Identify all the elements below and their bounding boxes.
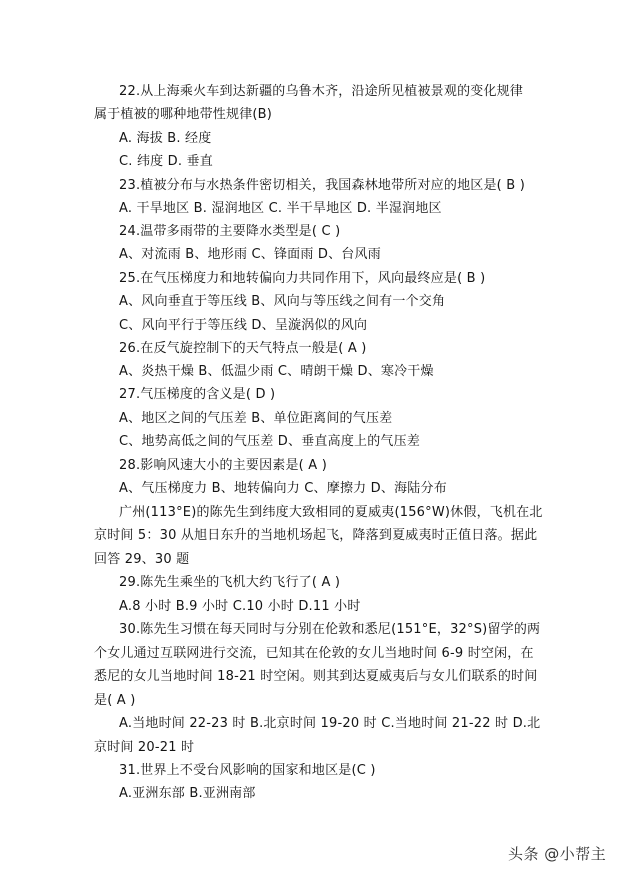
text-line: 22.从上海乘火车到达新疆的乌鲁木齐，沿途所见植被景观的变化规律 (119, 84, 523, 100)
text-line: C. 纬度 D. 垂直 (119, 154, 213, 170)
text-line: 28.影响风速大小的主要因素是( A ) (119, 458, 327, 474)
text-line: A. 海拔 B. 经度 (119, 131, 211, 147)
text-line: A.当地时间 22-23 时 B.北京时间 19-20 时 C.当地时间 21-… (119, 716, 540, 732)
text-line: A、地区之间的气压差 B、单位距离间的气压差 (119, 411, 392, 427)
text-line: 26.在反气旋控制下的天气特点一般是( A ) (119, 341, 367, 357)
text-line: 27.气压梯度的含义是( D ) (119, 387, 275, 403)
text-line: 是( A ) (94, 693, 136, 709)
text-line: A.8 小时 B.9 小时 C.10 小时 D.11 小时 (119, 599, 361, 615)
text-line: A、风向垂直于等压线 B、风向与等压线之间有一个交角 (119, 294, 445, 310)
text-line: 京时间 5：30 从旭日东升的当地机场起飞，降落到夏威夷时正值日落。据此 (94, 528, 537, 544)
text-line: 25.在气压梯度力和地转偏向力共同作用下，风向最终应是( B ) (119, 271, 485, 287)
text-line: 29.陈先生乘坐的飞机大约飞行了( A ) (119, 575, 340, 591)
text-line: 悉尼的女儿当地时间 18-21 时空闲。则其到达夏威夷后与女儿们联系的时间 (94, 669, 537, 685)
text-line: A.亚洲东部 B.亚洲南部 (119, 786, 256, 802)
watermark: 头条 @小帮主 (508, 843, 606, 864)
text-line: 30.陈先生习惯在每天同时与分别在伦敦和悉尼(151°E，32°S)留学的两 (119, 622, 540, 638)
text-line: A、对流雨 B、地形雨 C、锋面雨 D、台风雨 (119, 247, 381, 263)
text-line: 31.世界上不受台风影响的国家和地区是(C ) (119, 763, 376, 779)
text-line: A、炎热干燥 B、低温少雨 C、晴朗干燥 D、寒冷干燥 (119, 364, 434, 380)
text-line: A. 干旱地区 B. 湿润地区 C. 半干旱地区 D. 半湿润地区 (119, 201, 442, 217)
text-line: C、地势高低之间的气压差 D、垂直高度上的气压差 (119, 434, 420, 450)
text-line: C、风向平行于等压线 D、呈漩涡似的风向 (119, 318, 367, 334)
text-line: 属于植被的哪种地带性规律(B) (94, 107, 272, 123)
text-line: 23.植被分布与水热条件密切相关，我国森林地带所对应的地区是( B ) (119, 178, 525, 194)
text-line: 广州(113°E)的陈先生到纬度大致相同的夏威夷(156°W)休假，飞机在北 (119, 505, 543, 521)
text-line: 24.温带多雨带的主要降水类型是( C ) (119, 224, 340, 240)
text-line: 回答 29、30 题 (94, 552, 189, 568)
text-line: 个女儿通过互联网进行交流，已知其在伦敦的女儿当地时间 6-9 时空闲，在 (94, 646, 534, 662)
text-line: A、气压梯度力 B、地转偏向力 C、摩擦力 D、海陆分布 (119, 481, 447, 497)
text-line: 京时间 20-21 时 (94, 740, 194, 756)
